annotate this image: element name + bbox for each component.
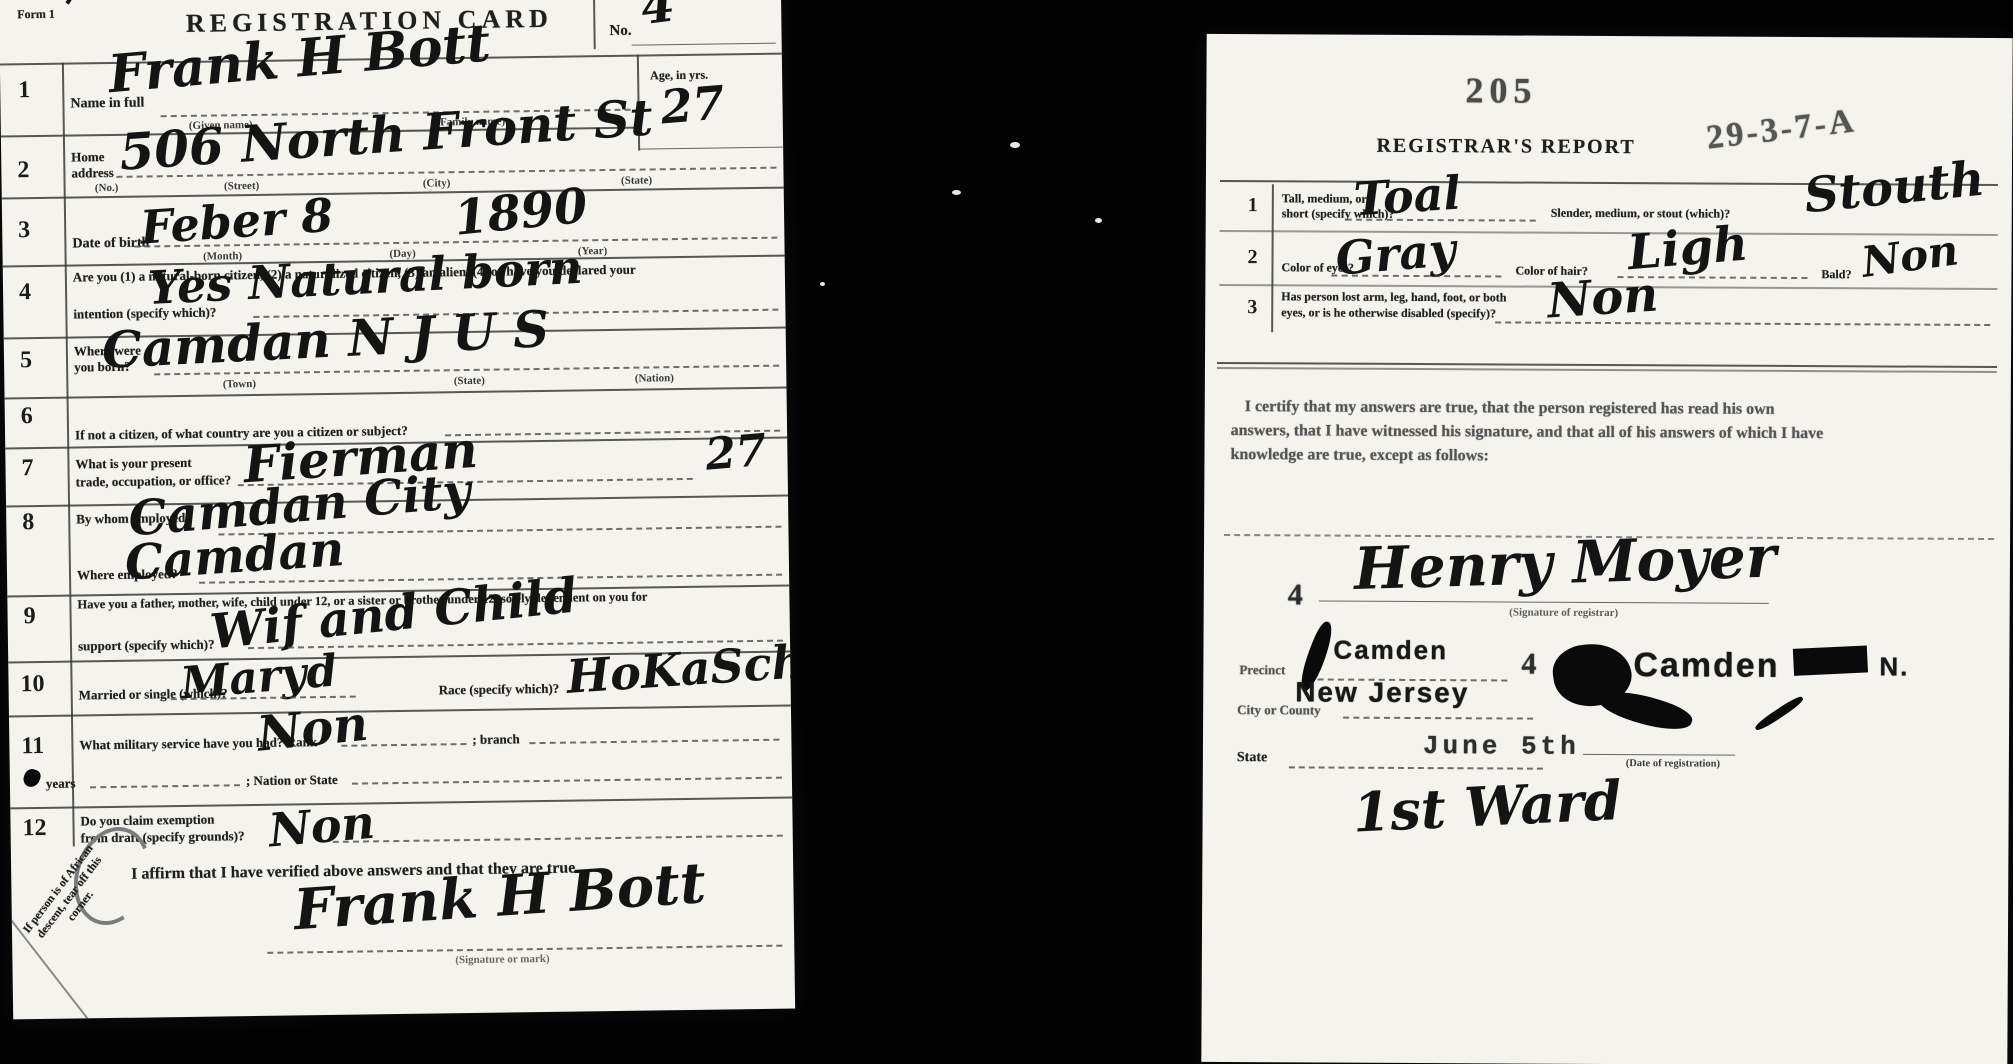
registration-date-value: June 5th [1423,731,1580,762]
form-number-label: Form 1 [17,7,55,23]
sub-label: (State) [424,374,514,387]
home-label-2: address [71,165,114,182]
signature-line [1319,600,1769,603]
row-number: 9 [23,603,35,630]
ink-stroke [1753,694,1805,733]
city-county-label: City or County [1237,702,1321,718]
years-label: years [46,776,76,792]
row-number: 2 [1247,246,1257,269]
sub-label: (City) [392,177,482,190]
camden-stamp-1: Camden [1333,635,1448,667]
row-number: 7 [21,455,33,482]
row-number: 12 [22,815,46,842]
write-line [333,835,783,843]
race-label: Race (specify which)? [439,681,560,699]
row-number: 1 [1248,194,1258,217]
n-stamp: N. [1879,651,1909,682]
trade-number-value: 27 [704,429,769,478]
registrar-signature-sub-label: (Signature of registrar) [1474,606,1654,619]
header-divider [593,0,596,49]
home-address-value: 506 North Front St [118,92,655,177]
ink-blot [21,767,42,789]
row-number: 5 [20,347,32,374]
row-number: 6 [21,403,33,430]
registrar-signature: Henry Moyer [1353,528,1777,599]
scan-speck [1095,218,1102,223]
write-line [90,784,240,788]
double-rule-bottom [1217,367,1997,373]
new-jersey-stamp: New Jersey [1295,676,1469,709]
scan-speck [820,282,825,286]
scan-speck [952,190,961,195]
registrars-report-card: 205 REGISTRAR'S REPORT 29-3-7-A 1 Tall, … [1201,34,2012,1064]
write-line [529,739,779,744]
serial-no-value: 4 [638,0,677,32]
rule [9,705,791,718]
branch-label: ; branch [472,731,520,748]
sub-label: (No.) [77,182,137,195]
state-label: State [1237,750,1267,766]
rule [5,387,787,400]
write-line [632,43,776,46]
certification-line-2: answers, that I have witnessed his signa… [1231,422,1824,443]
name-value: Frank H Bott [106,17,492,101]
number-column-divider [1271,184,1274,332]
eyes-value: Gray [1334,226,1457,282]
build-value: Stouth [1802,155,1987,221]
scan-speck [1010,142,1020,148]
certification-line-3: knowledge are true, except as follows: [1230,446,1488,465]
disability-label-1: Has person lost arm, leg, hand, foot, or… [1281,289,1506,305]
sub-label: (Nation) [604,372,704,385]
bald-label: Bald? [1821,267,1851,282]
ink-blot [1595,683,1695,737]
row-number: 4 [19,279,31,306]
sub-label: (Town) [184,377,294,391]
military-rank-value: Non [255,700,370,759]
birth-label: Date of birth [72,235,149,252]
rule [10,797,792,810]
sub-label: (State) [591,174,681,187]
disability-value: Non [1546,270,1660,325]
row-number: 11 [21,733,44,760]
certification-line-1: I certify that my answers are true, that… [1245,398,1775,419]
row-number: 3 [1247,296,1257,319]
row-number: 8 [22,509,34,536]
district-stamp-4: 4 [1521,648,1539,682]
nation-state-label: ; Nation or State [246,772,338,789]
row-number: 10 [20,671,44,698]
write-line [341,743,466,747]
row-number: 3 [18,217,30,244]
height-value: Toal [1352,170,1462,223]
age-value: 27 [659,79,727,130]
dependent-question-2: support (specify which)? [78,637,215,655]
birth-month-value: Feber 8 [139,192,335,251]
bald-value: Non [1859,229,1961,284]
exemption-value: Non [267,799,377,854]
race-value: HoKaSch [565,638,795,700]
report-title: REGISTRAR'S REPORT [1356,135,1656,160]
ward-value: 1st Ward [1352,773,1623,840]
home-label-1: Home [71,149,104,165]
city-county-line [1343,717,1533,720]
disability-label-2: eyes, or is he otherwise disabled (speci… [1281,305,1496,321]
row-number: 2 [17,157,29,184]
row-number: 1 [18,77,30,104]
birth-year-value: 1890 [452,182,590,243]
redaction-box [1793,645,1868,675]
pen-stroke [65,0,82,5]
camden-stamp-2: Camden [1633,646,1779,686]
serial-stamp: 205 [1436,69,1566,112]
exemption-label-1: Do you claim exemption [80,812,214,830]
signature-sub-label: (Signature or mark) [392,952,612,967]
registration-card: Form 1 REGISTRATION CARD No. 4 Age, in y… [0,0,795,1019]
state-line [1289,766,1543,769]
division-stamp-4: 4 [1288,578,1306,612]
scanned-document: Form 1 REGISTRATION CARD No. 4 Age, in y… [0,0,2013,1064]
write-line [638,147,783,150]
precinct-label: Precinct [1239,662,1285,678]
date-line [1583,754,1735,756]
trade-label-1: What is your present [75,455,191,473]
employed-where-value: Camdan [123,525,345,587]
serial-no-label: No. [609,23,631,40]
district-stamp-code: 29-3-7-A [1704,102,1858,157]
write-line [352,777,782,785]
